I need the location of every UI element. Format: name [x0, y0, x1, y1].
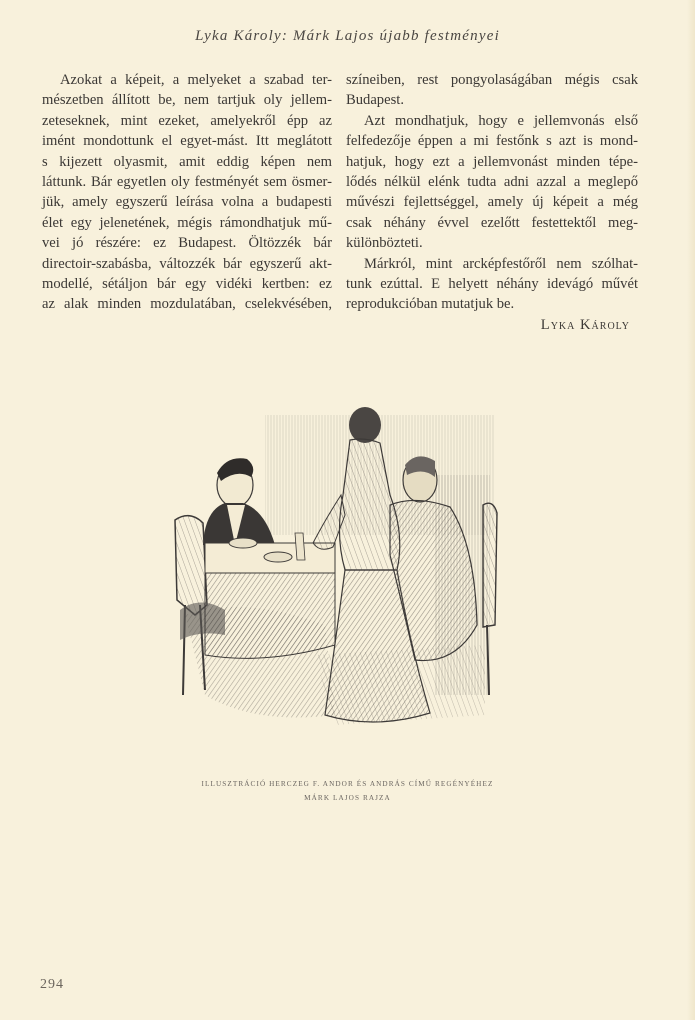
- text-line: jük, amely egyszerű leírása volna a buda…: [42, 192, 332, 212]
- caption-line-title: Illusztráció Herczeg F. Andor és András …: [0, 777, 695, 791]
- right-column: színeiben, rest pongyolaságában mégis cs…: [346, 70, 638, 335]
- text-line: imént mondottunk el egyet-mást. Itt megl…: [42, 131, 332, 151]
- text-line: Márkról, mint arcképfestőről nem szólhat…: [346, 254, 638, 274]
- text-line: directoir-szabásba, változzék bár egysze…: [42, 254, 332, 274]
- text-line: modellé, sétáljon bár egy vidéki kertben…: [42, 274, 332, 294]
- text-line: élet egy jelenetének, mégis rámondhatjuk…: [42, 213, 332, 233]
- text-line: Budapest.: [346, 90, 638, 110]
- text-line: Azokat a képeit, a melyeket a szabad ter…: [42, 70, 332, 90]
- running-head: Lyka Károly: Márk Lajos újabb festményei: [0, 28, 695, 45]
- text-line: mészetben állított be, nem tartjuk oly j…: [42, 90, 332, 110]
- text-line: lődés nélkül elénk tudta adni azzal a me…: [346, 172, 638, 192]
- text-line: az alak minden mozdulatában, cselekvéséb…: [42, 294, 332, 314]
- illustration-caption: Illusztráció Herczeg F. Andor és András …: [0, 777, 695, 805]
- text-line: s kijezett olyasmit, amit eddig képen ne…: [42, 152, 332, 172]
- text-line: hatjuk, hogy ezt a jellemvonást minden t…: [346, 152, 638, 172]
- text-line: csak néhány évvel ezelőtt festettektől m…: [346, 213, 638, 233]
- text-line: felfedezője éppen a mi festőnk s azt is …: [346, 131, 638, 151]
- author-signature: Lyka Károly: [346, 315, 638, 335]
- text-line: reprodukcióban mutatjuk be.: [346, 294, 638, 314]
- illustration: [165, 395, 510, 740]
- page-edge: [687, 0, 695, 1020]
- drawing-scene: [165, 395, 510, 740]
- page-number: 294: [40, 977, 64, 993]
- text-line: művészi fejlettséggel, amely új képeit a…: [346, 192, 638, 212]
- text-line: zeteseknek, mint ezeket, amelyekről épp …: [42, 111, 332, 131]
- text-line: Azt mondhatjuk, hogy e jellemvonás első: [346, 111, 638, 131]
- text-line: láttunk. Bár egyetlen oly festményét sem…: [42, 172, 332, 192]
- text-line: különbözteti.: [346, 233, 638, 253]
- text-line: színeiben, rest pongyolaságában mégis cs…: [346, 70, 638, 90]
- text-line: tunk ezúttal. E helyett néhány idevágó m…: [346, 274, 638, 294]
- left-column: Azokat a képeit, a melyeket a szabad ter…: [42, 70, 332, 315]
- text-line: vei jó részére: ez Budapest. Öltözzék bá…: [42, 233, 332, 253]
- caption-line-credit: Márk Lajos rajza: [0, 791, 695, 805]
